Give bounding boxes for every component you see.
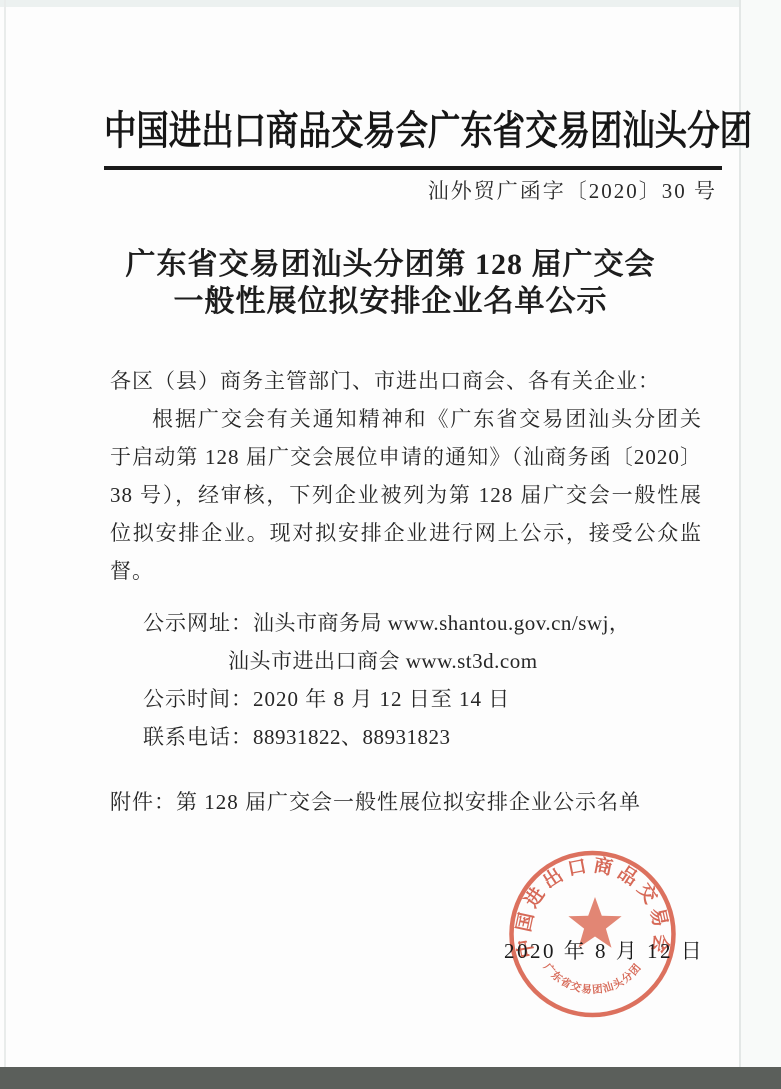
phone-value: 88931822、88931823 <box>253 725 451 749</box>
website-value: 汕头市商务局 www.shantou.gov.cn/swj， <box>253 611 630 635</box>
notice-title-line2: 一般性展位拟安排企业名单公示 <box>0 283 781 320</box>
info-line-phone: 联系电话：88931822、88931823 <box>110 718 730 756</box>
scan-edge-top <box>0 0 781 7</box>
phone-label: 联系电话： <box>143 725 253 749</box>
svg-text:广东省交易团汕头分团: 广东省交易团汕头分团 <box>541 961 644 997</box>
salutation: 各区（县）商务主管部门、市进出口商会、各有关企业： <box>110 362 702 400</box>
website-value-2: 汕头市进出口商会 www.st3d.com <box>228 649 538 673</box>
letterhead-rule <box>104 166 722 170</box>
body-line: 于启动第 128 届广交会展位申请的通知》（汕商务函〔2020〕 <box>110 438 702 476</box>
doc-number: 汕外贸广函字〔2020〕30 号 <box>428 177 717 205</box>
website-label: 公示网址： <box>143 611 253 635</box>
time-value: 2020 年 8 月 12 日至 14 日 <box>253 687 510 711</box>
scan-edge-bottom <box>0 1067 781 1089</box>
scan-edge-right-line <box>739 0 741 1067</box>
info-line-website-2: 汕头市进出口商会 www.st3d.com <box>110 642 730 680</box>
info-block: 公示网址：汕头市商务局 www.shantou.gov.cn/swj， 汕头市进… <box>110 604 730 756</box>
official-seal-stamp: 中国进出口商品交易会 广东省交易团汕头分团 <box>506 849 680 1021</box>
info-line-website: 公示网址：汕头市商务局 www.shantou.gov.cn/swj， <box>110 604 730 642</box>
letterhead-title: 中国进出口商品交易会广东省交易团汕头分团 <box>104 106 639 160</box>
attachment-line: 附件：第 128 届广交会一般性展位拟安排企业公示名单 <box>110 785 750 819</box>
signature-date: 2020 年 8 月 12 日 <box>504 936 704 966</box>
body-line: 38 号），经审核，下列企业被列为第 128 届广交会一般性展 <box>110 476 702 514</box>
seal-bottom-text: 广东省交易团汕头分团 <box>541 961 644 997</box>
time-label: 公示时间： <box>143 687 253 711</box>
scan-edge-left-line <box>4 0 6 1067</box>
info-line-time: 公示时间：2020 年 8 月 12 日至 14 日 <box>110 680 730 718</box>
scan-margin-right <box>741 0 781 1067</box>
body-line: 督。 <box>110 552 702 590</box>
body-line: 根据广交会有关通知精神和《广东省交易团汕头分团关 <box>110 400 702 438</box>
body-line: 位拟安排企业。现对拟安排企业进行网上公示，接受公众监 <box>110 514 702 552</box>
notice-title: 广东省交易团汕头分团第 128 届广交会 一般性展位拟安排企业名单公示 <box>0 246 781 320</box>
notice-title-line1: 广东省交易团汕头分团第 128 届广交会 <box>0 246 781 283</box>
document-page: 中国进出口商品交易会广东省交易团汕头分团 汕外贸广函字〔2020〕30 号 广东… <box>0 0 781 1089</box>
body-text: 各区（县）商务主管部门、市进出口商会、各有关企业： 根据广交会有关通知精神和《广… <box>110 362 702 590</box>
